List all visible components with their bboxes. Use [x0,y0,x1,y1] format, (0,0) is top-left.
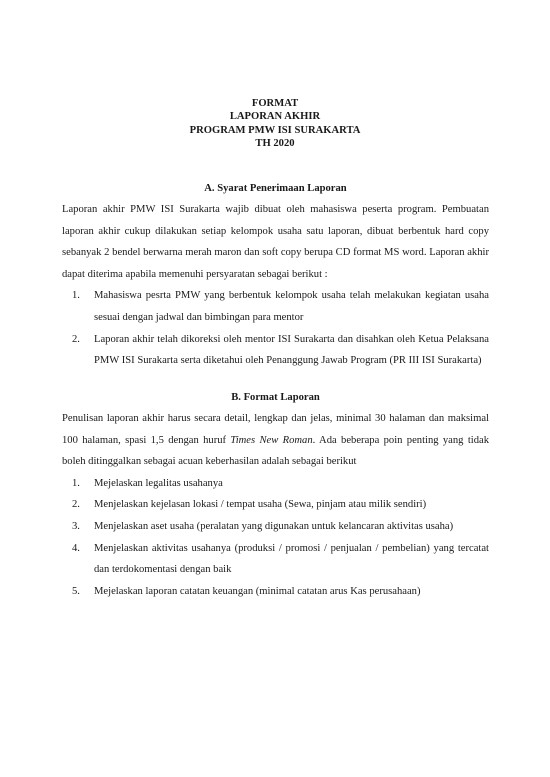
list-text: Mejelaskan legalitas usahanya [94,478,223,489]
list-number: 2. [72,329,80,351]
list-number: 3. [72,516,80,538]
list-item: 1. Mahasiswa pesrta PMW yang berbentuk k… [62,285,489,328]
section-heading: A. Syarat Penerimaan Laporan [62,178,489,199]
list-text: Menjelaskan aset usaha (peralatan yang d… [94,521,453,532]
format-points-list: 1. Mejelaskan legalitas usahanya 2. Menj… [62,473,489,603]
section-paragraph: Penulisan laporan akhir harus secara det… [62,408,489,473]
section-requirements: A. Syarat Penerimaan Laporan Laporan akh… [62,178,489,372]
list-item: 2. Menjelaskan kejelasan lokasi / tempat… [62,494,489,516]
list-number: 2. [72,494,80,516]
list-number: 4. [72,538,80,560]
title-line-report: LAPORAN AKHIR [0,110,550,123]
list-item: 4. Menjelaskan aktivitas usahanya (produ… [62,538,489,581]
list-text: Laporan akhir telah dikoreksi oleh mento… [94,334,489,367]
list-item: 2. Laporan akhir telah dikoreksi oleh me… [62,329,489,372]
title-line-format: FORMAT [0,97,550,110]
requirements-list: 1. Mahasiswa pesrta PMW yang berbentuk k… [62,285,489,371]
list-text: Mejelaskan laporan catatan keuangan (min… [94,586,421,597]
list-item: 3. Menjelaskan aset usaha (peralatan yan… [62,516,489,538]
list-number: 1. [72,285,80,307]
section-format: B. Format Laporan Penulisan laporan akhi… [62,387,489,602]
document-title: FORMAT LAPORAN AKHIR PROGRAM PMW ISI SUR… [0,97,550,151]
list-text: Menjelaskan aktivitas usahanya (produksi… [94,543,489,576]
list-number: 1. [72,473,80,495]
list-text: Mahasiswa pesrta PMW yang berbentuk kelo… [94,290,489,323]
document-page: FORMAT LAPORAN AKHIR PROGRAM PMW ISI SUR… [0,0,550,777]
list-item: 5. Mejelaskan laporan catatan keuangan (… [62,581,489,603]
section-heading: B. Format Laporan [62,387,489,408]
font-name-italic: Times New Roman [230,435,312,446]
list-item: 1. Mejelaskan legalitas usahanya [62,473,489,495]
title-line-year: TH 2020 [0,137,550,150]
list-number: 5. [72,581,80,603]
list-text: Menjelaskan kejelasan lokasi / tempat us… [94,499,426,510]
title-line-program: PROGRAM PMW ISI SURAKARTA [0,124,550,137]
section-paragraph: Laporan akhir PMW ISI Surakarta wajib di… [62,199,489,285]
